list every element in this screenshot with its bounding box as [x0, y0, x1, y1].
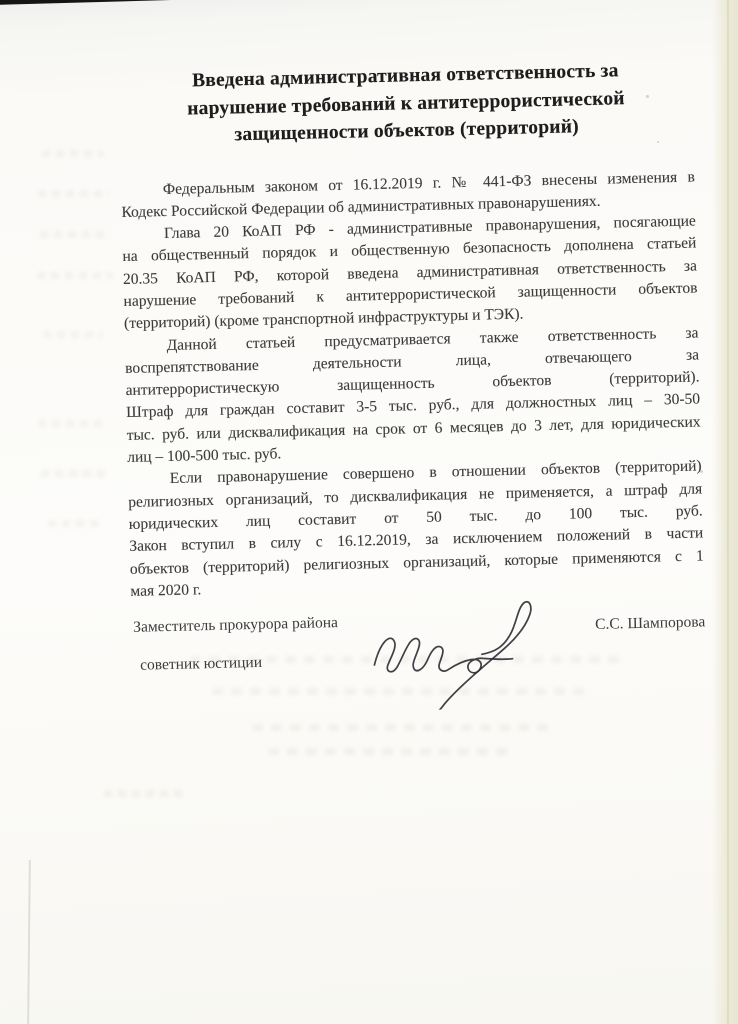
signer-role-line: советник юстиции [140, 654, 262, 675]
bleedthrough-artifact [104, 790, 186, 797]
bleedthrough-artifact [38, 190, 110, 197]
bleedthrough-artifact [268, 748, 516, 755]
document-title: Введена административная ответственность… [118, 56, 694, 152]
bleedthrough-artifact [43, 331, 103, 338]
handwritten-signature [358, 579, 549, 711]
signer-name: С.С. Шампорова [595, 614, 706, 635]
bleedthrough-artifact [41, 470, 105, 477]
paper-edge-line [727, 0, 729, 1024]
bleedthrough-artifact [48, 520, 104, 527]
signature-block: Заместитель прокурора района советник юс… [131, 606, 708, 749]
bleedthrough-artifact [42, 150, 104, 157]
scan-edge-artifact [0, 0, 284, 5]
scanned-document: Введена административная ответственность… [0, 0, 738, 1024]
paragraph: Если правонарушение совершено в отношени… [128, 456, 705, 603]
paper-edge-band [712, 0, 738, 1024]
paragraph: Данной статьей предусматривается также о… [124, 322, 701, 469]
paragraph: Глава 20 КоАП РФ - административные прав… [122, 211, 698, 336]
bleedthrough-artifact [38, 420, 108, 427]
bleedthrough-artifact [40, 231, 106, 238]
document-body: Федеральным законом от 16.12.2019 г. № 4… [121, 166, 705, 603]
bleedthrough-artifact [37, 272, 113, 279]
signer-role-line: Заместитель прокурора района [133, 614, 338, 637]
document-content: Введена административная ответственность… [118, 56, 708, 749]
paper-crease-line [27, 860, 30, 1024]
